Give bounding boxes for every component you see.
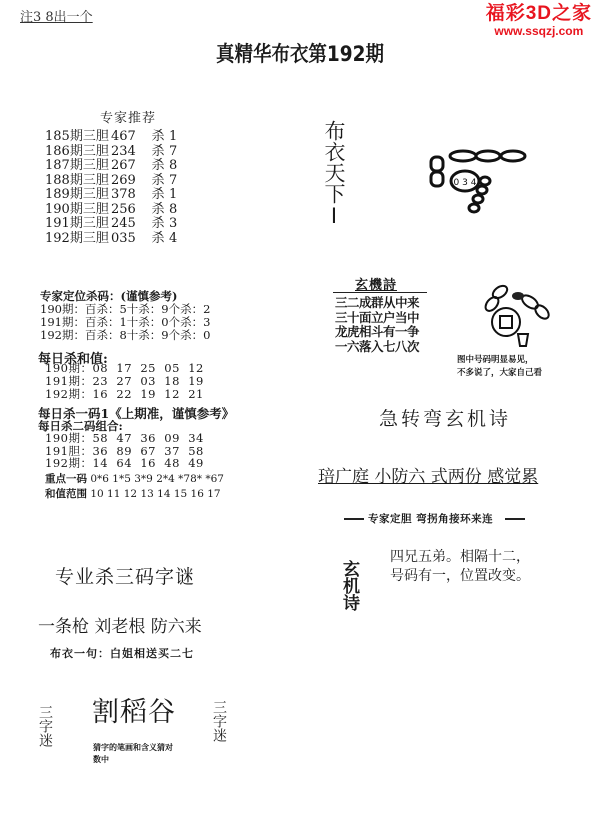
watermark-logo: 福彩3D之家 www.ssqzj.com xyxy=(486,4,592,38)
list-item: 186期三胆234杀7 xyxy=(45,145,177,160)
list-item: 191期：23 27 03 18 19 xyxy=(45,375,204,388)
riddle-hint: 猜字的笔画和含义猜对数中 xyxy=(93,741,173,765)
sum-range-row: 和值范围 10 11 12 13 14 15 16 17 xyxy=(45,487,224,502)
riddle-word: 割稻谷 xyxy=(92,690,176,729)
list-item: 190期三胆256杀8 xyxy=(45,203,177,218)
chain-figure-circle-icon xyxy=(478,282,558,352)
xuanji-title: 玄機詩 xyxy=(355,274,397,293)
riddle-title: 专业杀三码字谜 xyxy=(55,562,195,589)
list-item: 192期：百杀：8十杀：9个杀：0 xyxy=(40,329,210,342)
list-item: 190期：58 47 36 09 34 xyxy=(45,432,204,445)
figure-note: 图中号码明显易见， 不多说了，大家自己看 xyxy=(457,354,542,380)
sum-range-label: 和值范围 xyxy=(45,488,87,500)
list-item: 189期三胆378杀1 xyxy=(45,188,177,203)
svg-text:0 3 4: 0 3 4 xyxy=(454,178,477,188)
list-item: 192期：14 64 16 48 49 xyxy=(45,457,204,470)
chain-figure-eight-icon: 0 3 4 xyxy=(425,145,535,235)
poem-line: 三二成群从中来 xyxy=(335,296,419,311)
xjs-vertical-title: 玄机诗 xyxy=(335,560,363,611)
focus-value: 0*6 1*5 3*9 2*4 *78* *67 xyxy=(90,473,224,485)
expert-line: 专家定胆 弯拐角接环来连 xyxy=(340,511,529,526)
daily-sum-list: 190期：08 17 25 05 12 191期：23 27 03 18 19 … xyxy=(45,362,204,400)
xjs-poem: 四兄五弟。相隔十二， 号码有一，位置改变。 xyxy=(390,548,530,586)
focus-row: 重点一码 0*6 1*5 3*9 2*4 *78* *67 xyxy=(45,472,224,487)
focus-label: 重点一码 xyxy=(45,473,87,485)
riddle-side-label-left: 三字迷 xyxy=(38,705,52,747)
watermark-title: 福彩3D之家 xyxy=(486,4,592,24)
poem-line: 一六落入七八次 xyxy=(335,340,419,355)
riddle-side-label-right: 三字迷 xyxy=(212,700,226,742)
list-item: 185期三胆467杀1 xyxy=(45,130,177,145)
sum-range-value: 10 11 12 13 14 15 16 17 xyxy=(90,488,220,500)
poem-line: 三十面立户当中 xyxy=(335,311,419,326)
list-item: 188期三胆269杀7 xyxy=(45,174,177,189)
buyi-line: 布衣一句：白姐相送买二七 xyxy=(50,645,194,661)
list-item: 190期：08 17 25 05 12 xyxy=(45,362,204,375)
list-item: 191期三胆245杀3 xyxy=(45,217,177,232)
focus-section: 重点一码 0*6 1*5 3*9 2*4 *78* *67 和值范围 10 11… xyxy=(45,472,224,502)
buyi-vertical-title: 布衣天下I xyxy=(322,120,345,228)
page-title: 真精华布衣第192期 xyxy=(36,38,564,68)
jzw-title: 急转弯玄机诗 xyxy=(300,404,590,431)
divider xyxy=(344,518,364,520)
poem-line: 号码有一，位置改变。 xyxy=(390,567,530,586)
poem-line: 龙虎相斗有一争 xyxy=(335,325,419,340)
list-item: 192期：16 22 19 12 21 xyxy=(45,388,204,401)
list-item: 192期三胆035杀4 xyxy=(45,232,177,247)
poem-line: 四兄五弟。相隔十二， xyxy=(390,548,530,567)
jzw-answer: 琣广庭 小防六 式两份 感觉累 xyxy=(318,462,538,487)
divider xyxy=(505,518,525,520)
header-note: 注3 8出一个 xyxy=(20,6,93,25)
list-item: 187期三胆267杀8 xyxy=(45,159,177,174)
recommend-list: 185期三胆467杀1 186期三胆234杀7 187期三胆267杀8 188期… xyxy=(45,130,177,246)
recommend-title: 专家推荐 xyxy=(100,107,156,126)
watermark-url: www.ssqzj.com xyxy=(486,24,592,38)
riddle-answer: 一条枪 刘老根 防六来 xyxy=(38,612,202,637)
divider xyxy=(333,292,427,293)
daily-kill-two-list: 190期：58 47 36 09 34 191胆：36 89 67 37 58 … xyxy=(45,432,204,470)
xuanji-poem: 三二成群从中来 三十面立户当中 龙虎相斗有一争 一六落入七八次 xyxy=(335,296,419,354)
position-kill-section: 专家定位杀码：(谨慎参考) 190期：百杀：5十杀：9个杀：2 191期：百杀：… xyxy=(40,290,210,342)
